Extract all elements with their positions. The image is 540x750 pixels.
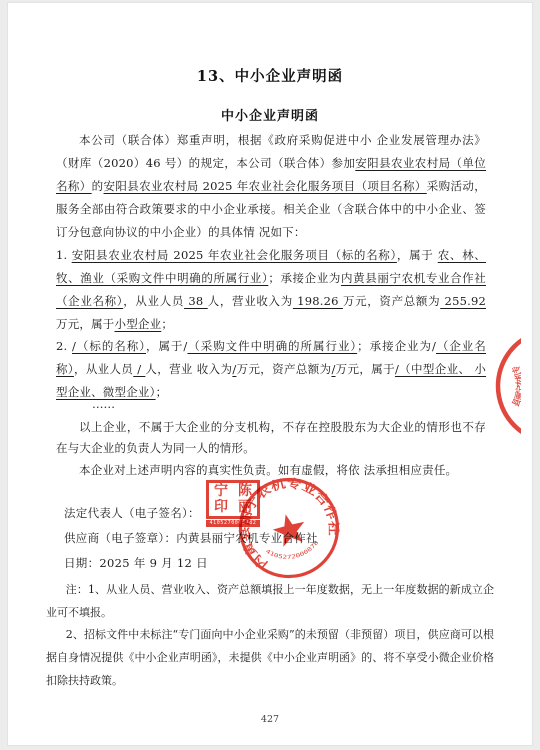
big-enterprise-clause: 以上企业，不属于大企业的分支机构，不存在控股股东为大企业的情形也不存在与大企业的… (56, 417, 486, 459)
doc-title: 中小企业声明函 (8, 105, 532, 124)
page-number: 427 (8, 714, 532, 725)
screenshot-root: { "document": { "section_heading": "13、中… (0, 0, 540, 750)
text-run: ；承接企业为 (268, 271, 341, 285)
legal-representative-label: 法定代表人（电子签名）： (64, 506, 200, 520)
text-run: 万元，资产总额为 (343, 294, 440, 308)
text-run: ，属于/ (146, 339, 188, 353)
seal-char: 印 (214, 500, 228, 515)
supplier-label: 供应商（电子签章）： (64, 531, 176, 545)
svg-text:4105272000878: 4105272000878 (263, 536, 322, 567)
text-run: 1. (56, 248, 72, 262)
section-heading: 13、中小企业声明函 (8, 65, 532, 86)
item-2-paragraph: 2. /（标的名称），属于/（采购文件中明确的所属行业）；承接企业为/（企业名称… (56, 335, 486, 404)
text-run: 人，营业收入为 (208, 294, 293, 308)
text-run: 万元，属于 (56, 317, 115, 331)
edge-seal-ring-text: 县丽宁农机专 (510, 363, 521, 408)
text-run: ，从业人员 (74, 362, 133, 376)
date-line: 日期：2025 年 9 月 12 日 (64, 555, 208, 571)
svg-text:县丽宁农机专: 县丽宁农机专 (510, 363, 521, 408)
filled-in-value: 安阳县农业农村局 2025 年农业社会化服务项目（标的名称） (72, 248, 397, 262)
filled-in-value: 198.26 (293, 294, 343, 308)
item-1-paragraph: 1. 安阳县农业农村局 2025 年农业社会化服务项目（标的名称），属于 农、林… (56, 244, 486, 336)
text-run: ； (156, 385, 168, 399)
text-run: 人，营业 收入为 (145, 362, 232, 376)
declaration-intro-paragraph: 本公司（联合体）郑重声明，根据《政府采购促进中小 企业发展管理办法》（财库（20… (56, 129, 486, 244)
seal-star-icon (270, 510, 309, 548)
ellipsis-line: …… (92, 397, 115, 411)
text-run: ，属于 (397, 248, 438, 262)
filled-in-value: 38 (184, 294, 208, 308)
text-run: 的 (92, 179, 104, 193)
text-run: 万元，资产总额为 (236, 362, 331, 376)
text-run: 万元，属于 (336, 362, 395, 376)
note-2: 2、招标文件中未标注“专门面向中小企业采购”的未预留（非预留）项目，供应商可以根… (46, 623, 494, 692)
edge-seal-graphic: 县丽宁农机专 (490, 323, 521, 451)
filled-in-value: / (133, 362, 145, 376)
text-run: ；承接企业为/ (357, 339, 436, 353)
filled-in-value: （采购文件中明确的所属行业） (187, 339, 357, 353)
filled-in-value: 255.92 (440, 294, 486, 308)
legal-representative-line: 法定代表人（电子签名）： (64, 505, 200, 521)
filled-in-value: 小型企业 (115, 317, 162, 331)
edge-paging-seal: 县丽宁农机专 (490, 323, 521, 451)
text-run: ； (161, 317, 173, 331)
seal-code-text: 4105272000878 (263, 536, 322, 567)
filled-in-value: /（标的名称） (72, 339, 146, 353)
text-run: ，从业人员 (123, 294, 184, 308)
text-run: 2. (56, 339, 72, 353)
document-page: 13、中小企业声明函 中小企业声明函 本公司（联合体）郑重声明，根据《政府采购促… (7, 2, 533, 746)
filled-in-value: 安阳县农业农村局 2025 年农业社会化服务项目（项目名称） (104, 179, 427, 193)
